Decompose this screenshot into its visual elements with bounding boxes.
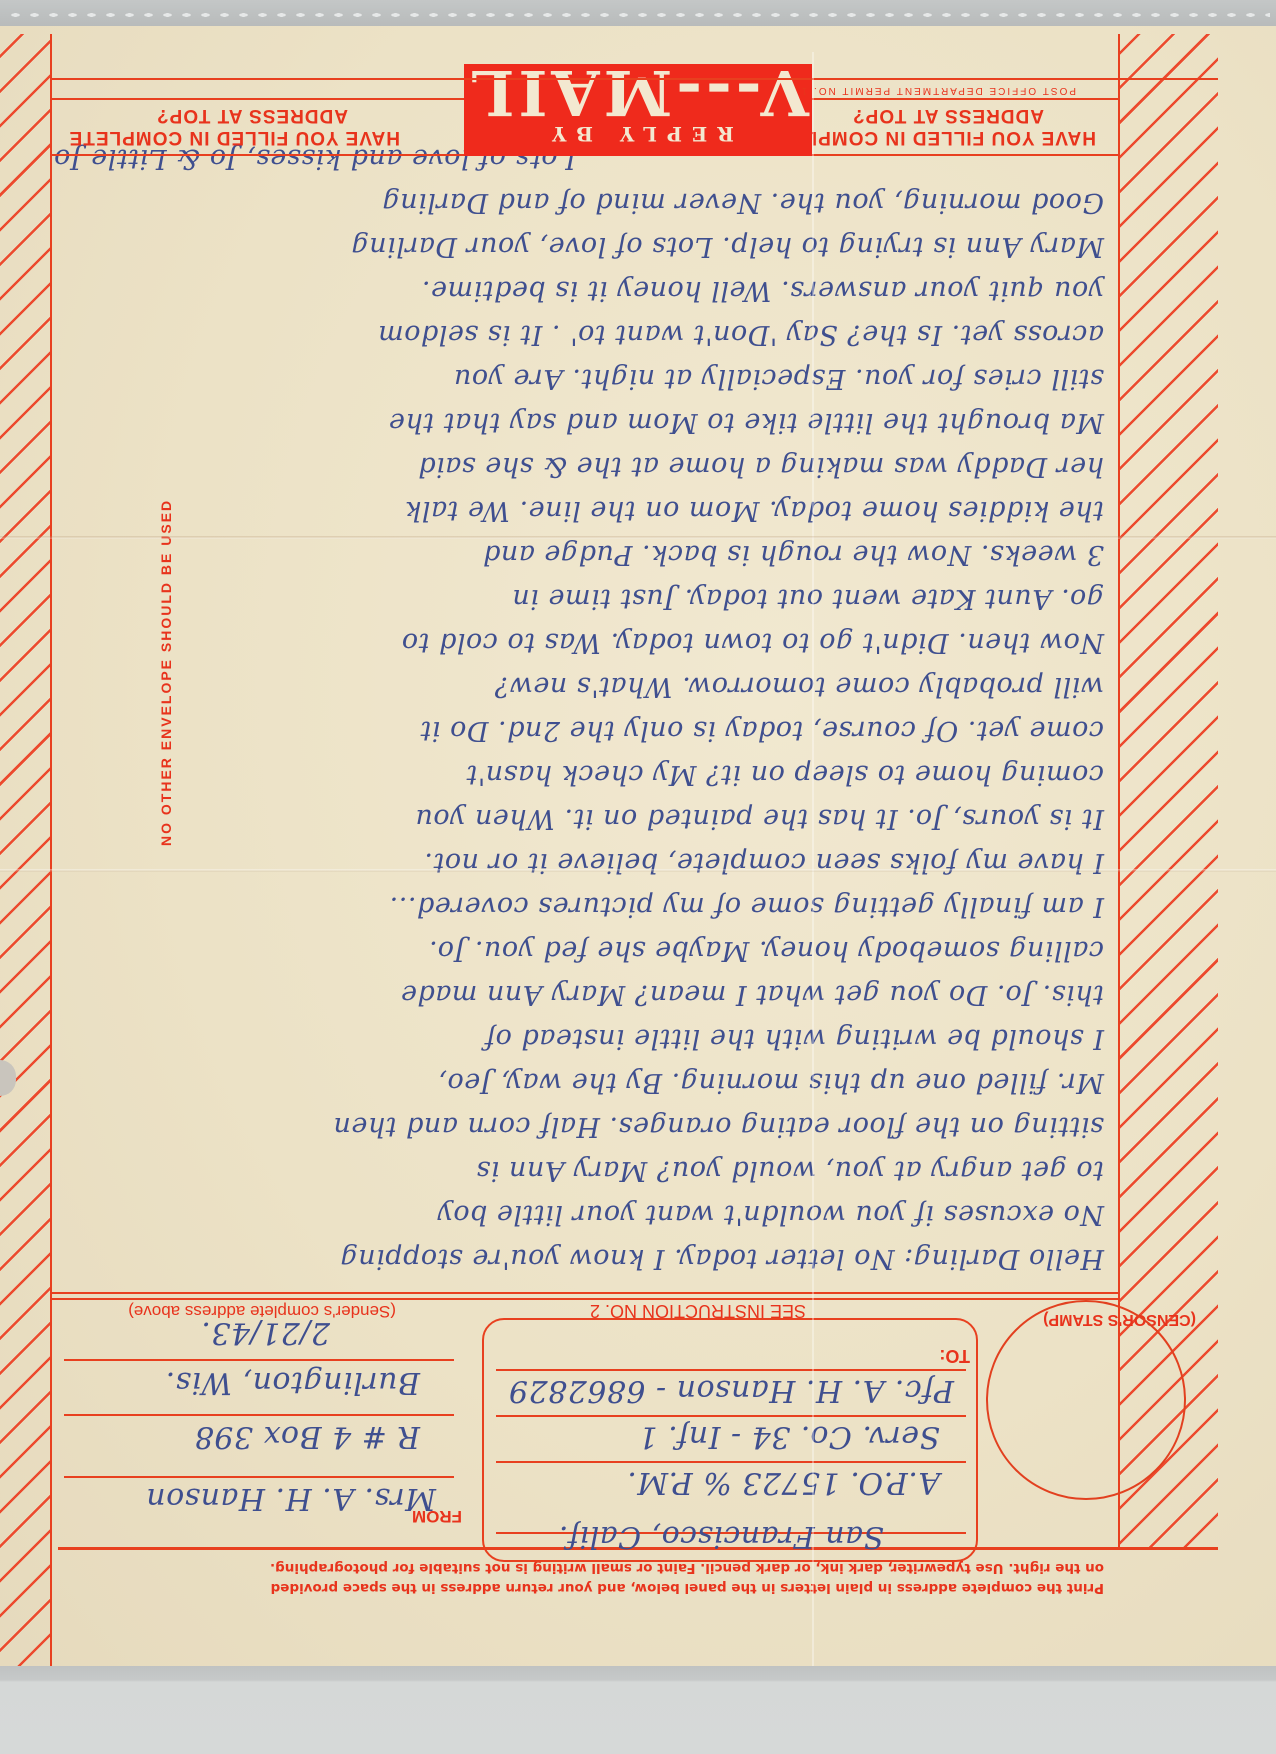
letter-line: you quit your answers. Well honey it is … xyxy=(421,275,1104,306)
from-line-3 xyxy=(64,1359,454,1361)
to-line-1 xyxy=(496,1369,966,1371)
letter-line: I have my folks seen complete, believe i… xyxy=(424,847,1104,878)
letter-line: Ma brought the little tike to Mom and sa… xyxy=(388,407,1104,438)
to-label: TO: xyxy=(939,1345,970,1366)
see-instruction-label: SEE INSTRUCTION NO. 2 xyxy=(590,1300,806,1321)
letter-line: go. Aunt Kate went out today. Just time … xyxy=(512,583,1104,614)
header-rule-lower xyxy=(812,154,1118,156)
letter-line: coming home to sleep on it? My check has… xyxy=(466,759,1104,790)
letter-line: It is yours, Jo. It has the painted on i… xyxy=(415,803,1104,834)
letter-line: the kiddies home today. Mom on the line.… xyxy=(404,495,1104,526)
letter-line: this. Jo. Do you get what I mean? Mary A… xyxy=(400,979,1104,1010)
reminder-left-line-1: HAVE YOU FILLED IN COMPLETE xyxy=(765,126,1096,148)
letter-line: calling somebody honey. Maybe she fed yo… xyxy=(429,935,1104,966)
reminder-right-line-1: HAVE YOU FILLED IN COMPLETE xyxy=(69,126,400,148)
instruction-line-1: Print the complete address in plain lett… xyxy=(271,1580,1104,1596)
vmail-title: V---MAIL xyxy=(464,62,812,122)
address-section-rule-2 xyxy=(52,1292,1118,1294)
sleeve-bottom-edge xyxy=(0,1666,1276,1754)
permit-text: POST OFFICE DEPARTMENT PERMIT NO. 1 xyxy=(800,85,1076,96)
header-rule-mid-right xyxy=(52,98,464,100)
letter-line: Now then. Didn't go to town today. Was t… xyxy=(401,627,1104,658)
to-address-line-1: Pfc. A. H. Hanson - 6862829 xyxy=(508,1373,954,1408)
letter-line: to get angry at you, would you? Mary Ann… xyxy=(476,1155,1104,1186)
from-address-line-4: 2/21/43. xyxy=(201,1315,330,1350)
vmail-sheet: Print the complete address in plain lett… xyxy=(0,26,1276,1666)
to-address-line-2: Serv. Co. 34 - Inf. 1 xyxy=(638,1419,940,1454)
fold-crease-horizontal xyxy=(0,536,1276,539)
address-section-rule-1 xyxy=(52,1298,1118,1300)
letter-line: still cries for you. Especially at night… xyxy=(454,363,1104,394)
hatched-margin-right xyxy=(0,34,52,1666)
sleeve-perforation xyxy=(6,12,1270,18)
letter-line: sitting on the floor eating oranges. Hal… xyxy=(333,1111,1104,1142)
from-line-1 xyxy=(64,1476,454,1478)
from-line-2 xyxy=(64,1414,454,1416)
hatch-border-right xyxy=(50,34,52,1666)
letter-line: her Daddy was making a home at the & she… xyxy=(418,451,1104,482)
header-rule-mid xyxy=(812,98,1118,100)
censor-stamp-circle xyxy=(986,1300,1186,1500)
header-rule-top xyxy=(52,78,1218,80)
no-other-envelope-warning: NO OTHER ENVELOPE SHOULD BE USED xyxy=(158,499,174,846)
header-rule-lower-right xyxy=(52,154,464,156)
to-line-2 xyxy=(496,1415,966,1417)
instruction-line-2: on the right. Use typewriter, dark ink, … xyxy=(270,1560,1104,1576)
letter-line: will probably come tomorrow. What's new? xyxy=(494,671,1104,702)
fold-crease-vertical xyxy=(812,52,814,1692)
letter-line: across yet. Is the? Say 'Don't want to' … xyxy=(378,319,1104,350)
letter-line: Good morning, you the. Never mind of and… xyxy=(382,187,1104,218)
letter-line: I should be writing with the little inst… xyxy=(485,1023,1104,1054)
printed-form-rotated: Print the complete address in plain lett… xyxy=(0,26,1276,1666)
to-address-line-3: A.P.O. 15723 % P.M. xyxy=(627,1465,940,1500)
sleeve-top-edge xyxy=(0,0,1276,26)
to-address-line-4: San Francisco, Calif. xyxy=(559,1519,885,1554)
reminder-right-line-2: ADDRESS AT TOP? xyxy=(156,104,348,126)
letter-line: I am finally getting some of my pictures… xyxy=(389,891,1104,922)
reminder-left-line-2: ADDRESS AT TOP? xyxy=(852,104,1044,126)
to-line-3 xyxy=(496,1461,966,1463)
letter-line: Mary Ann is trying to help. Lots of love… xyxy=(351,231,1104,262)
from-address-line-2: R # 4 Box 398 xyxy=(194,1419,420,1454)
letter-line: Hello Darling: No letter today. I know y… xyxy=(340,1243,1104,1274)
letter-line: 3 weeks. Now the rough is back. Pudge an… xyxy=(483,539,1104,570)
fold-crease-horizontal-2 xyxy=(0,869,1276,872)
letter-line: No excuses if you wouldn't want your lit… xyxy=(437,1199,1104,1230)
letter-line: Mr. filled one up this morning. By the w… xyxy=(438,1067,1104,1098)
from-address-line-3: Burlington, Wis. xyxy=(165,1365,420,1400)
letter-line: come yet. Of course, today is only the 2… xyxy=(420,715,1104,746)
from-address-line-1: Mrs. A. H. Hanson xyxy=(146,1481,436,1516)
